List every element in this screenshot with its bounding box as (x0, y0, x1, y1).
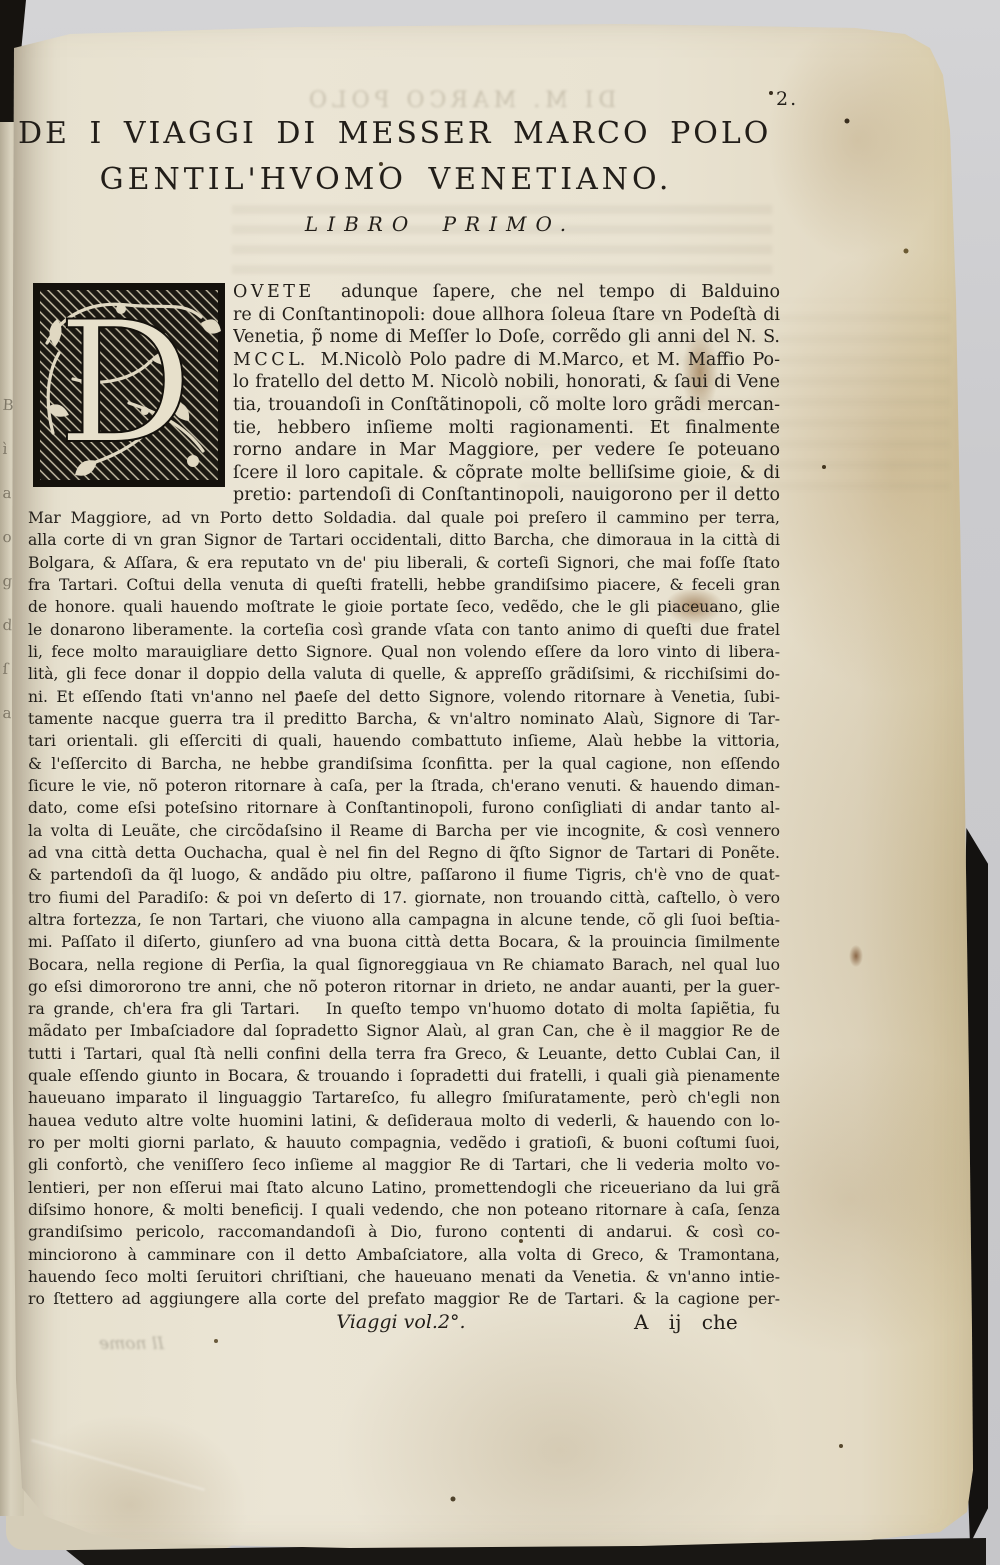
text-line: Venetia, p̃ nome di Meſſer lo Doſe, corr… (233, 326, 780, 349)
text-line: mãdato per Imbaſciadore dal ſopradetto S… (28, 1020, 780, 1042)
footer-signature-catchword: A ij che (634, 1310, 814, 1334)
text-line: mi. Paſſato il diſerto, giunſero ad vna … (28, 931, 780, 953)
text-line: O V E T E adunque ſapere, che nel tempo … (233, 281, 780, 304)
text-line: ro per molti giorni parlato, & hauuto co… (28, 1132, 780, 1154)
bleedthrough-footer: Il nome (24, 1334, 164, 1354)
bleedthrough-heading: DI M. MARCO POLO (170, 88, 750, 113)
full-lines: Mar Maggiore, ad vn Porto detto Soldadia… (28, 507, 780, 1311)
paper-crease (31, 1439, 205, 1491)
text-line: haueuano imparato il linguaggio Tartareſ… (28, 1087, 780, 1109)
text-line: M C C L. M.Nicolò Polo padre di M.Marco,… (233, 349, 780, 372)
text-line: re di Conſtantinopoli: doue allhora ſole… (233, 304, 780, 327)
text-line: rorno andare in Mar Maggiore, per vedere… (233, 439, 780, 462)
text-line: ad vna città detta Ouchacha, qual è nel … (28, 842, 780, 864)
text-line: tutti i Tartari, qual ſtà nelli confini … (28, 1043, 780, 1065)
text-line: ro ſtettero ad aggiungere alla corte del… (28, 1288, 780, 1310)
text-line: altra fortezza, ſe non Tartari, che viuo… (28, 909, 780, 931)
text-line: Bocara, nella regione di Perſia, la qual… (28, 954, 780, 976)
text-line: & partendoſi da q̃l luogo, & andãdo piu … (28, 864, 780, 886)
text-line: la volta di Leuãte, che circõdaſsino il … (28, 820, 780, 842)
text-line: lo fratello del detto M. Nicolò nobili, … (233, 371, 780, 394)
text-line: tari orientali. gli eſſerciti di quali, … (28, 730, 780, 752)
text-line: fra Tartari. Coſtui della venuta di queſ… (28, 574, 780, 596)
page-title-line1: DE I VIAGGI DI MESSER MARCO POLO (18, 116, 754, 151)
text-line: ra grande, ch'era fra gli Tartari. In qu… (28, 998, 780, 1020)
text-line: grandiſsimo pericolo, raccomandandoſi à … (28, 1221, 780, 1243)
text-line: diſsimo honore, & molti beneficij. I qua… (28, 1199, 780, 1221)
text-line: tro fiumi del Paradiſo: & poi vn deſerto… (28, 887, 780, 909)
text-line: lentieri, per non eſſerui mai ſtato alcu… (28, 1177, 780, 1199)
text-line: dato, come eſsi poteſsino ritornare à Co… (28, 797, 780, 819)
text-line: hauea veduto altre volte huomini latini,… (28, 1110, 780, 1132)
indented-lines: O V E T E adunque ſapere, che nel tempo … (28, 281, 780, 507)
section-heading: LIBRO PRIMO. (80, 212, 800, 236)
text-line: tie, hebbero inſieme molti ragionamenti.… (233, 417, 780, 440)
text-line: hauendo ſeco molti ſeruitori chriſtiani,… (28, 1266, 780, 1288)
text-line: minciorono à camminare con il detto Amba… (28, 1244, 780, 1266)
text-line: le donarono liberamente. la corteſia cos… (28, 619, 780, 641)
text-line: alla corte di vn gran Signor de Tartari … (28, 529, 780, 551)
text-line: ſicure le vie, nõ poteron ritornare à ca… (28, 775, 780, 797)
text-line: tia, trouandoſi in Conſtãtinopoli, cõ mo… (233, 394, 780, 417)
text-line: Bolgara, & Aſſara, & era reputato vn de'… (28, 552, 780, 574)
text-line: pretio: partendoſi di Conſtantinopoli, n… (233, 484, 780, 507)
text-line: ni. Et eſſendo ſtati vn'anno nel paeſe d… (28, 686, 780, 708)
footer-volume-label: Viaggi vol.2°. (296, 1311, 506, 1333)
text-line: quale eſſendo giunto in Bocara, & trouan… (28, 1065, 780, 1087)
text-line: tamente nacque guerra tra il preditto Ba… (28, 708, 780, 730)
text-line: Mar Maggiore, ad vn Porto detto Soldadia… (28, 507, 780, 529)
text-line: lità, gli fece donar il doppio della val… (28, 663, 780, 685)
book-page: DI M. MARCO POLO Il nome 2. DE I VIAGGI … (0, 0, 1000, 1565)
text-line: gli confortò, che veniſſero ſeco inſieme… (28, 1154, 780, 1176)
text-line: ſcere il loro capitale. & cõprate molte … (233, 462, 780, 485)
text-line: & l'eſſercito di Barcha, ne hebbe grandi… (28, 753, 780, 775)
body-text: O V E T E adunque ſapere, che nel tempo … (28, 281, 780, 1311)
text-line: de honore. quali hauendo moſtrate le gio… (28, 596, 780, 618)
text-line: go eſsi dimororono tre anni, che nõ pote… (28, 976, 780, 998)
folio-number: 2. (776, 88, 836, 110)
book-photo: Bìaogdſa DI M. MARCO POLO Il nome 2. DE … (0, 0, 1000, 1565)
page-title-line2: GENTIL'HVOMO VENETIANO. (18, 162, 754, 197)
text-line: li, fece molto marauigliare detto Signor… (28, 641, 780, 663)
